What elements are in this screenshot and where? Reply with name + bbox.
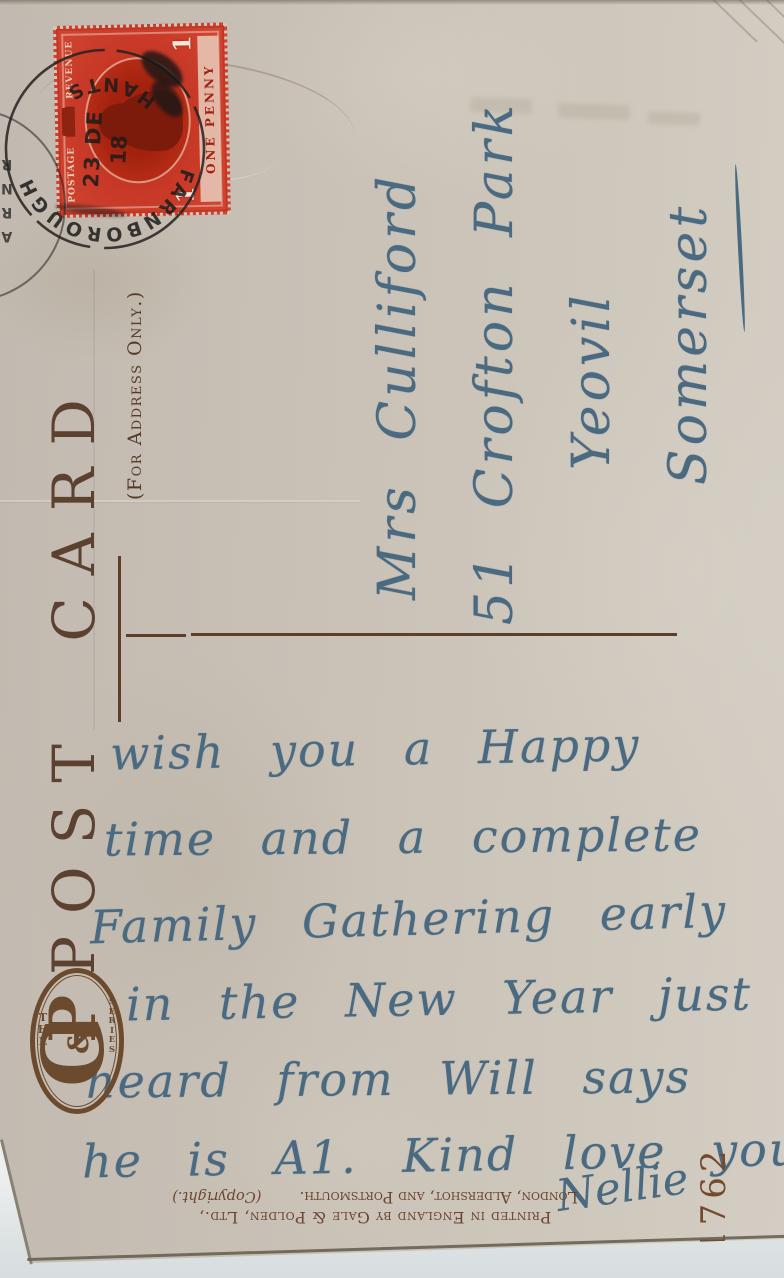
partial-postmark-letters: ARNR <box>1 152 13 248</box>
logo-ampersand: & <box>62 1029 95 1054</box>
address-county: Somerset <box>641 60 738 700</box>
postmark-year: 18 <box>106 135 131 165</box>
scanned-postcard: { "postcard": { "title": "POST CARD", "a… <box>0 0 784 1278</box>
message-line: wish you a Happy <box>110 717 641 780</box>
message-line: in the New Year just <box>126 967 753 1032</box>
gale-and-polden-series-logo: THE SERIES G P & <box>30 968 124 1114</box>
divider-rule-cross <box>118 556 121 722</box>
message-line: Family Gathering early <box>89 884 727 955</box>
address-town: Yeovil <box>544 60 641 700</box>
printer-imprint-line1: Printed in England by Gale & Polden, Ltd… <box>118 1208 632 1227</box>
message-line: time and a complete <box>104 807 702 866</box>
printer-copyright: (Copyright.) <box>172 1188 261 1204</box>
postmark-date: 23 DE <box>79 109 107 188</box>
post-card-heading: POST CARD <box>40 405 112 975</box>
address-street: 51 Crofton Park <box>447 60 544 700</box>
printer-imprint: Printed in England by Gale & Polden, Ltd… <box>118 1188 632 1227</box>
postcard-back: POST CARD (For Address Only.) POSTAGE RE… <box>0 0 784 1268</box>
card-top-edge-shadow <box>0 0 784 5</box>
printer-imprint-line2: London, Aldershot, and Portsmouth.(Copyr… <box>118 1188 632 1206</box>
address-recipient: Mrs Culliford <box>350 60 447 700</box>
message-line: heard from Will says <box>86 1049 692 1108</box>
logo-gp-monogram: G P & <box>32 981 122 1101</box>
postmark-county-text: HANTS <box>58 71 161 114</box>
for-address-only-note: (For Address Only.) <box>124 270 160 500</box>
svg-text:HANTS: HANTS <box>58 71 161 114</box>
printer-imprint-cities: London, Aldershot, and Portsmouth. <box>299 1188 577 1206</box>
divider-rule-short <box>126 634 186 637</box>
corner-crease <box>706 0 758 43</box>
handwritten-address: Mrs Culliford 51 Crofton Park Yeovil Som… <box>350 60 750 700</box>
